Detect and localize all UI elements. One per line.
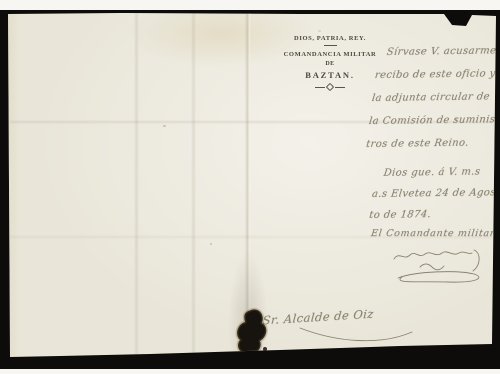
- ornament-diamond-icon: [326, 83, 334, 91]
- ornament-bar: [315, 87, 325, 88]
- manuscript-line: la Comisión de suminis-: [368, 108, 500, 133]
- manuscript-line: la adjunta circular de: [370, 85, 500, 110]
- manuscript-closing: Dios gue. á V. m.s a.s Elvetea 24 de Ago…: [368, 161, 500, 226]
- foxing-speck: [210, 243, 212, 245]
- manuscript-line: recibo de este oficio y de: [373, 62, 500, 87]
- org-name-line1: COMANDANCIA MILITAR: [280, 51, 380, 58]
- address-flourish: [276, 320, 426, 348]
- letterhead-rule: [324, 45, 337, 46]
- manuscript-body: Sírvase V. acusarme recibo de este ofici…: [365, 39, 500, 156]
- foxing-speck: [163, 125, 166, 127]
- fold-crease-vertical-left: [135, 13, 138, 356]
- manuscript-line: Sírvase V. acusarme: [376, 39, 500, 64]
- org-name-line3: BAZTAN.: [280, 70, 380, 80]
- letterhead-ornament: [280, 84, 380, 90]
- manuscript-line: Dios gue. á V. m.s: [373, 161, 500, 184]
- printed-letterhead: DIOS, PATRIA, REY. COMANDANCIA MILITAR D…: [280, 35, 380, 90]
- document-sheet: DIOS, PATRIA, REY. COMANDANCIA MILITAR D…: [0, 0, 500, 374]
- org-name-line2: DE: [280, 61, 380, 67]
- photo-of-document: { "scene": { "frame_color": "#f7f6f2", "…: [0, 0, 500, 374]
- fold-crease-vertical-mid: [192, 13, 195, 356]
- manuscript-line: a.s Elvetea 24 de Agos-: [371, 182, 500, 205]
- foxing-speck: [318, 30, 321, 32]
- manuscript-line: tros de este Reino.: [365, 131, 500, 156]
- signer-title: El Comandante militar: [370, 228, 495, 239]
- signature-rubric: [386, 245, 492, 289]
- manuscript-line: to de 1874.: [368, 203, 498, 226]
- ornament-bar: [335, 87, 345, 88]
- motto-text: DIOS, PATRIA, REY.: [280, 35, 380, 42]
